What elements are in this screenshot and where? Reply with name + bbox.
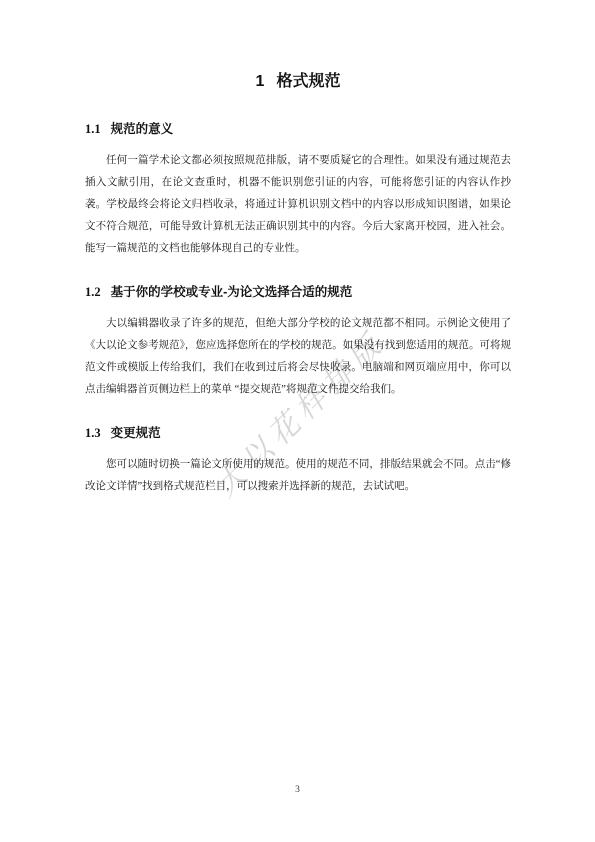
- section-paragraph: 您可以随时切换一篇论文所使用的规范。使用的规范不同，排版结果就会不同。点击“修改…: [85, 454, 511, 498]
- section-paragraph: 任何一篇学术论文都必须按照规范排版，请不要质疑它的合理性。如果没有通过规范去插入…: [85, 150, 511, 260]
- section-heading-text: 规范的意义: [111, 122, 174, 136]
- page-number: 3: [0, 785, 595, 795]
- chapter-title-text: 格式规范: [276, 73, 340, 90]
- document-page: 大以花样排版 1格式规范 1.1规范的意义 任何一篇学术论文都必须按照规范排版，…: [0, 0, 595, 842]
- section-heading-text: 变更规范: [111, 426, 161, 440]
- section-paragraph: 大以编辑器收录了许多的规范，但绝大部分学校的论文规范都不相同。示例论文使用了《大…: [85, 313, 511, 401]
- chapter-title: 1格式规范: [85, 68, 511, 91]
- section-number: 1.2: [85, 285, 101, 299]
- section-1-3: 1.3变更规范 您可以随时切换一篇论文所使用的规范。使用的规范不同，排版结果就会…: [85, 423, 511, 498]
- section-1-2: 1.2基于你的学校或专业-为论文选择合适的规范 大以编辑器收录了许多的规范，但绝…: [85, 282, 511, 401]
- section-number: 1.1: [85, 122, 101, 136]
- section-heading: 1.1规范的意义: [85, 119, 511, 137]
- section-number: 1.3: [85, 426, 101, 440]
- chapter-number: 1: [256, 73, 265, 90]
- section-1-1: 1.1规范的意义 任何一篇学术论文都必须按照规范排版，请不要质疑它的合理性。如果…: [85, 119, 511, 260]
- section-heading: 1.3变更规范: [85, 423, 511, 441]
- section-heading: 1.2基于你的学校或专业-为论文选择合适的规范: [85, 282, 511, 300]
- page-content: 1格式规范 1.1规范的意义 任何一篇学术论文都必须按照规范排版，请不要质疑它的…: [85, 68, 511, 498]
- section-heading-text: 基于你的学校或专业-为论文选择合适的规范: [111, 285, 353, 299]
